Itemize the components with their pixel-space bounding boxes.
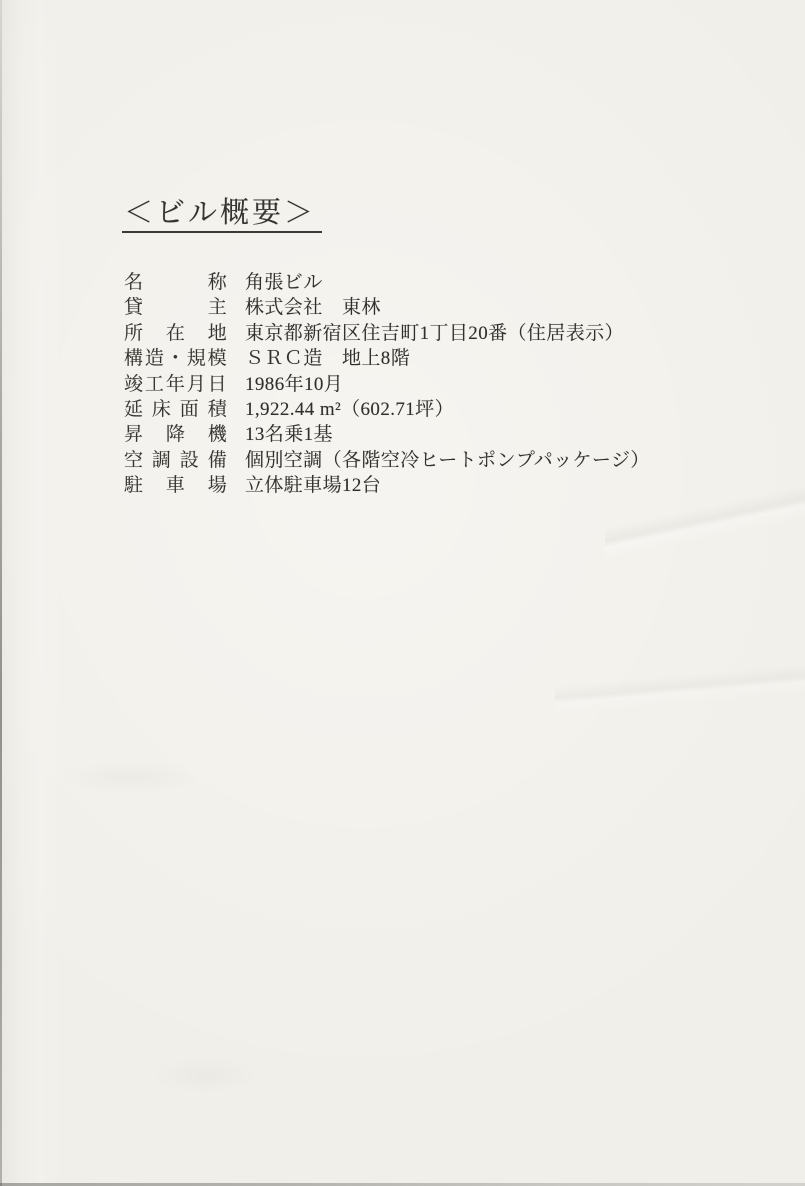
field-label: 名称 (124, 270, 227, 295)
field-row-name: 名称 角張ビル (124, 270, 650, 295)
field-value: 1,922.44 m²（602.71坪） (245, 397, 454, 422)
field-value: 13名乗1基 (245, 422, 333, 447)
field-label: 竣工年月日 (124, 372, 227, 397)
paper-crease (135, 1045, 275, 1105)
field-value: 株式会社 東林 (245, 295, 381, 320)
field-row-parking: 駐車場 立体駐車場12台 (124, 473, 650, 498)
field-label: 空調設備 (124, 448, 227, 473)
field-value: 個別空調（各階空冷ヒートポンプパッケージ） (245, 448, 650, 473)
document-title: ＜ビル概要＞ (122, 196, 322, 233)
field-label: 構造・規模 (124, 346, 227, 371)
field-label: 昇降機 (124, 422, 227, 447)
paper-crease (45, 750, 215, 805)
field-label: 貸主 (124, 295, 227, 320)
field-row-location: 所在地 東京都新宿区住吉町1丁目20番（住居表示） (124, 321, 650, 346)
field-value: 東京都新宿区住吉町1丁目20番（住居表示） (245, 321, 624, 346)
field-label: 所在地 (124, 321, 227, 346)
field-row-lessor: 貸主 株式会社 東林 (124, 295, 650, 320)
scanned-page: ＜ビル概要＞ 名称 角張ビル 貸主 株式会社 東林 所在地 東京都新宿区住吉町1… (0, 0, 805, 1186)
building-summary-list: 名称 角張ビル 貸主 株式会社 東林 所在地 東京都新宿区住吉町1丁目20番（住… (124, 270, 650, 499)
field-value: 1986年10月 (245, 372, 343, 397)
field-label: 駐車場 (124, 473, 227, 498)
field-row-elevator: 昇降機 13名乗1基 (124, 422, 650, 447)
field-value: 立体駐車場12台 (245, 473, 381, 498)
scan-edge-left (0, 0, 2, 1186)
field-value: 角張ビル (245, 270, 323, 295)
field-row-air-conditioning: 空調設備 個別空調（各階空冷ヒートポンプパッケージ） (124, 448, 650, 473)
field-row-structure: 構造・規模 ＳＲＣ造 地上8階 (124, 346, 650, 371)
field-label: 延床面積 (124, 397, 227, 422)
field-row-completion-date: 竣工年月日 1986年10月 (124, 372, 650, 397)
field-value: ＳＲＣ造 地上8階 (245, 346, 410, 371)
paper-crease (555, 645, 805, 725)
field-row-floor-area: 延床面積 1,922.44 m²（602.71坪） (124, 397, 650, 422)
